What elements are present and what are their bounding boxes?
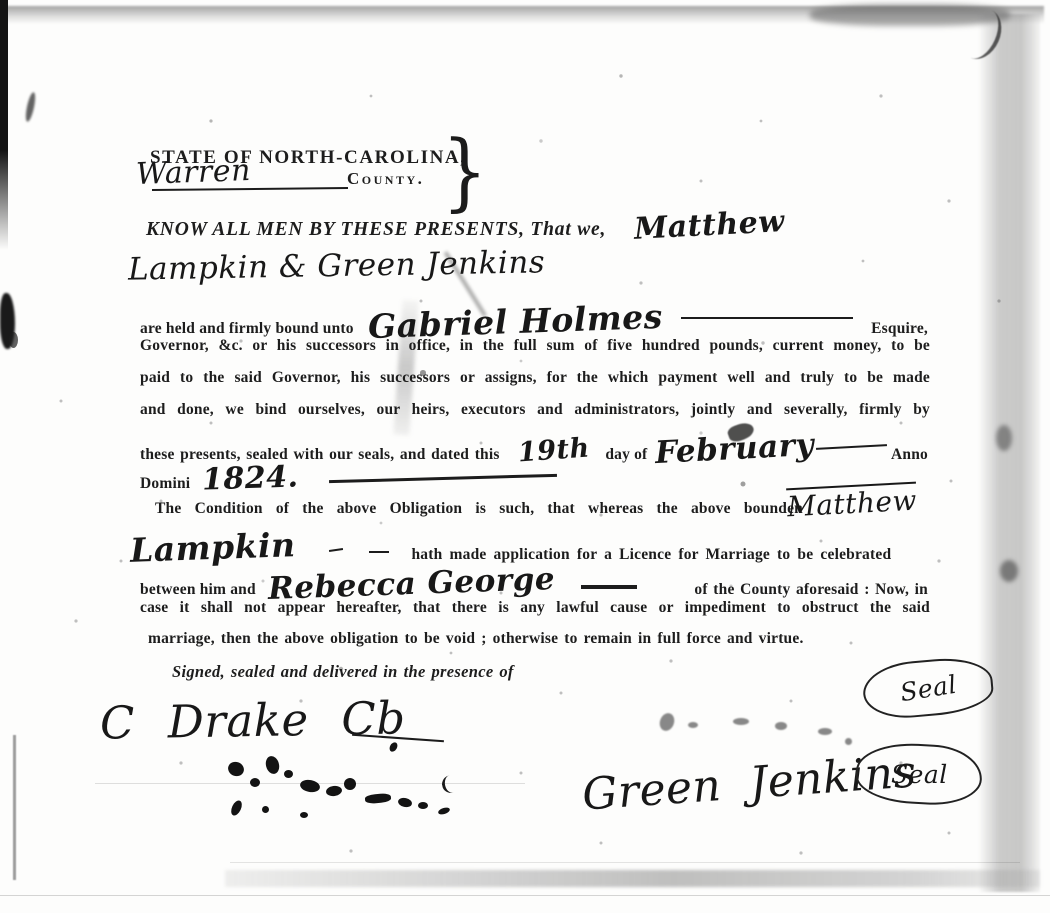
- pen-dash: [329, 548, 343, 552]
- attestation-text: Signed, sealed and delivered in the pres…: [172, 662, 514, 682]
- paper-fold-line: [230, 862, 1020, 863]
- ink-blot: [325, 785, 342, 797]
- aforesaid-text: of the County aforesaid : Now, in: [647, 581, 928, 599]
- condition-whereas-text: The Condition of the above Obligation is…: [155, 500, 803, 518]
- scanned-marriage-bond-document: STATE OF NORTH-CAROLINA, } Warren County…: [0, 0, 1050, 913]
- ink-blot: [262, 806, 269, 813]
- ink-smudge: [845, 738, 852, 745]
- county-name-handwritten: Warren: [135, 153, 251, 192]
- ink-blot: [300, 812, 308, 818]
- brace-mark: }: [442, 129, 487, 213]
- opening-clause: KNOW ALL MEN BY THESE PRESENTS, That we,: [146, 219, 606, 241]
- ink-smudge: [818, 728, 832, 735]
- ink-blob-left-edge: [9, 332, 18, 348]
- opening-clause-line: KNOW ALL MEN BY THESE PRESENTS, That we,…: [146, 208, 934, 243]
- body-line-payment: paid to the said Governor, his successor…: [140, 368, 930, 388]
- condition-line-3: between him and Rebecca George of the Co…: [140, 566, 928, 602]
- day-of-text: day of: [605, 446, 647, 464]
- ink-blot: [344, 778, 356, 790]
- seal-scrawl-1: Seal: [861, 654, 995, 721]
- body-line-sum: Governor, &c. or his successors in offic…: [140, 336, 930, 356]
- scan-edge-left-black-bar: [0, 0, 8, 250]
- scan-edge-bottom: [225, 870, 1040, 887]
- domini-text: Domini: [140, 475, 190, 493]
- ink-blot: [250, 778, 260, 787]
- ink-mark-c-shape: [440, 773, 462, 795]
- witness-signature-handwritten: C Drake Cb: [100, 691, 406, 749]
- ink-blot: [437, 806, 450, 815]
- ink-smudge: [657, 711, 676, 733]
- blank-rule: [681, 317, 854, 319]
- bounden-first-name-handwritten: Matthew: [786, 484, 917, 524]
- condition-line-5: marriage, then the above obligation to b…: [148, 630, 804, 648]
- anno-text: Anno: [891, 446, 928, 464]
- body-line-bind: and done, we bind ourselves, our heirs, …: [140, 400, 930, 420]
- month-swash-tail: [816, 444, 887, 450]
- ink-blot: [264, 755, 281, 776]
- scan-edge-smudge: [1000, 560, 1018, 582]
- application-text: hath made application for a Licence for …: [411, 546, 891, 564]
- paper-edge-left-line: [13, 735, 16, 880]
- ink-blot: [418, 802, 428, 809]
- ink-blot: [229, 799, 244, 817]
- ink-blob-left-edge: [24, 92, 37, 123]
- condition-line-4: case it shall not appear hereafter, that…: [140, 598, 930, 618]
- ink-blot: [284, 770, 293, 778]
- condition-line-1: The Condition of the above Obligation is…: [155, 500, 930, 518]
- year-rule: [329, 474, 557, 483]
- seal-label: Seal: [891, 759, 948, 788]
- bounden-last-name-handwritten: Lampkin: [129, 525, 296, 570]
- between-text: between him and: [140, 581, 256, 599]
- pen-dash: [369, 551, 389, 553]
- ink-blot: [365, 793, 392, 804]
- county-label: County.: [347, 169, 424, 189]
- ink-blot: [397, 797, 413, 809]
- ink-smudge: [733, 718, 749, 725]
- principal-names-handwritten: Lampkin & Green Jenkins: [128, 244, 546, 287]
- ink-smudge: [775, 722, 787, 730]
- ink-blot: [299, 778, 321, 793]
- scan-edge-smudge: [996, 425, 1012, 451]
- year-handwritten: 1824.: [202, 459, 300, 497]
- seal-label: Seal: [898, 669, 959, 707]
- paper-speckles: [0, 0, 2, 2]
- ink-blot: [226, 760, 246, 779]
- ink-smudge: [688, 722, 698, 728]
- pen-dash-thick: [581, 585, 637, 589]
- scan-edge-right: [978, 14, 1040, 892]
- month-handwritten: February: [655, 427, 816, 471]
- domini-line: Domini 1824.: [140, 461, 557, 496]
- scan-edge-bottom-line: [0, 895, 1050, 896]
- principal-first-name-handwritten: Matthew: [633, 204, 785, 247]
